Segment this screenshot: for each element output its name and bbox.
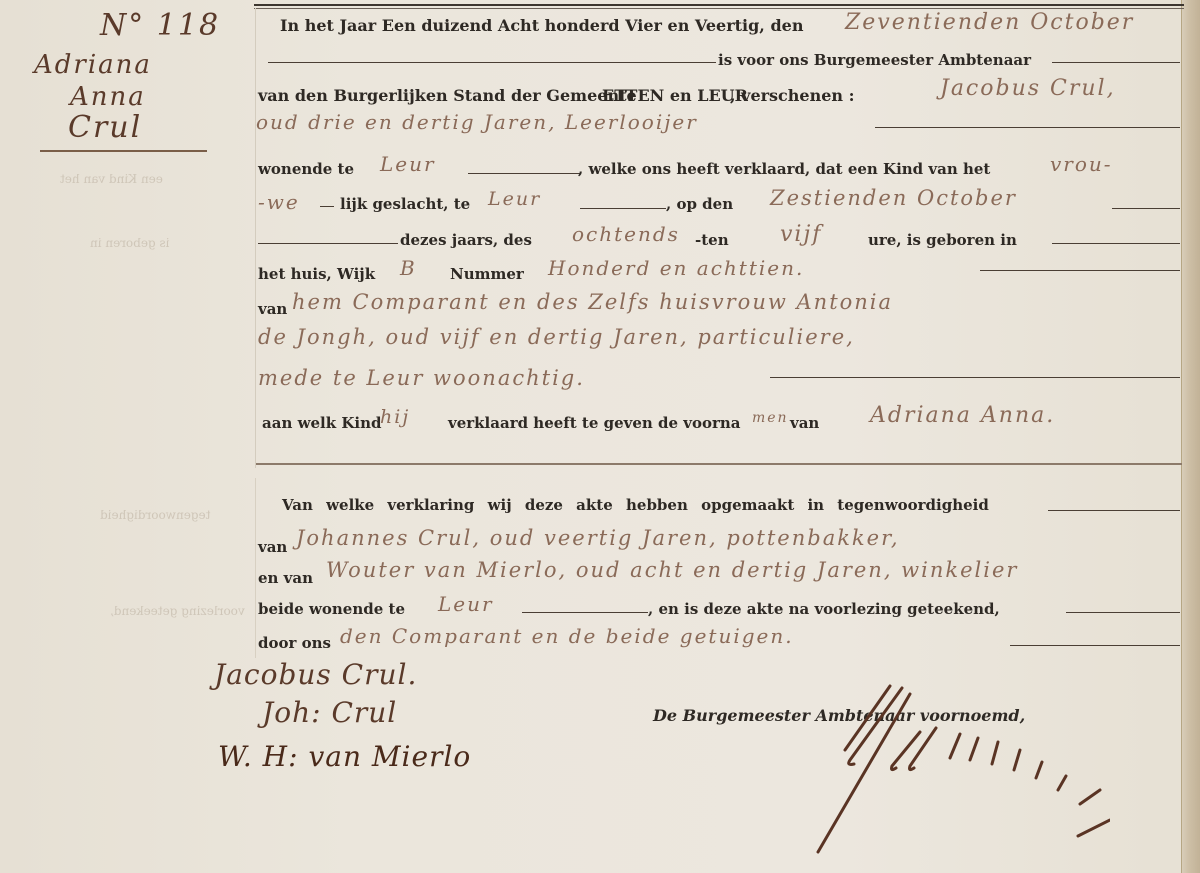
bleed-through-text: tegenwoordigheid bbox=[100, 508, 210, 522]
ward-letter: B bbox=[400, 256, 417, 280]
top-rule bbox=[254, 4, 1184, 6]
municipality: ETTEN en LEUR bbox=[602, 86, 748, 105]
parents-line1: hem Comparant en des Zelfs huisvrouw Ant… bbox=[292, 290, 893, 314]
by-us-text: door ons bbox=[258, 634, 331, 652]
bleed-through-text: voorlezing geteekend, bbox=[110, 604, 245, 618]
record-number: N° 118 bbox=[100, 8, 220, 43]
gender-pronoun: hij bbox=[380, 406, 410, 428]
signature-witness2: W. H: van Mierlo bbox=[218, 740, 471, 773]
fill-line bbox=[1052, 243, 1180, 244]
of-text-2: van bbox=[790, 414, 819, 432]
fill-line bbox=[320, 206, 334, 207]
which-child-text: aan welk Kind bbox=[262, 414, 381, 432]
record-date: Zeventienden October bbox=[845, 10, 1134, 35]
margin-child-firstname: Adriana bbox=[34, 50, 152, 80]
house-number: Honderd en achttien. bbox=[548, 256, 804, 280]
parents-line2: de Jongh, oud vijf en dertig Jaren, part… bbox=[258, 325, 855, 349]
hour-text: -ten bbox=[695, 231, 729, 249]
both-residing-text: beide wonende te bbox=[258, 600, 405, 618]
margin-child-surname: Crul bbox=[68, 110, 142, 145]
birth-place: Leur bbox=[488, 188, 541, 210]
child-given-names: Adriana Anna. bbox=[870, 403, 1055, 428]
this-year-text: dezes jaars, des bbox=[400, 231, 532, 249]
civil-registry-text: van den Burgerlijken Stand der Gemeente bbox=[258, 86, 637, 105]
section-separator bbox=[256, 463, 1182, 465]
fill-line bbox=[1066, 612, 1180, 613]
and-of-text: en van bbox=[258, 569, 313, 587]
child-sex-part1: vrou- bbox=[1050, 152, 1113, 176]
appeared-text: , verschenen : bbox=[730, 86, 855, 105]
sex-text: lijk geslacht, te bbox=[340, 195, 470, 213]
bleed-through-text: is geboren in bbox=[90, 236, 169, 250]
birth-hour: vijf bbox=[780, 222, 822, 247]
margin-rule bbox=[40, 150, 207, 152]
fill-line bbox=[468, 173, 580, 174]
fill-line bbox=[580, 208, 666, 209]
fill-line bbox=[1048, 510, 1180, 511]
bleed-through-text: een Kind van het bbox=[60, 172, 163, 186]
top-rule-thin bbox=[254, 8, 1184, 9]
born-in-text: ure, is geboren in bbox=[868, 231, 1017, 249]
fill-line bbox=[1112, 208, 1180, 209]
fill-line bbox=[522, 612, 648, 613]
record-intro: In het Jaar Een duizend Acht honderd Vie… bbox=[280, 16, 803, 35]
official-signature-mark bbox=[810, 680, 1110, 860]
name-given-text: verklaard heeft te geven de voorna bbox=[448, 414, 741, 432]
of-text: van bbox=[258, 300, 287, 318]
declared-text: , welke ons heeft verklaard, dat een Kin… bbox=[578, 160, 990, 178]
birth-date: Zestienden October bbox=[770, 186, 1017, 210]
margin-child-middlename: Anna bbox=[70, 82, 146, 112]
witnesses-residence: Leur bbox=[438, 592, 494, 616]
fill-line bbox=[258, 243, 398, 244]
fill-line bbox=[770, 377, 1180, 378]
witness1: Johannes Crul, oud veertig Jaren, potten… bbox=[296, 526, 900, 550]
time-of-day: ochtends bbox=[572, 222, 680, 246]
declarant-age-occupation: oud drie en dertig Jaren, Leerlooijer bbox=[256, 110, 698, 134]
declarant-name: Jacobus Crul, bbox=[940, 76, 1116, 101]
plural-suffix: men bbox=[752, 410, 789, 426]
child-sex-part2: -we bbox=[258, 190, 300, 214]
fill-line bbox=[980, 270, 1180, 271]
on-the-text: , op den bbox=[666, 195, 733, 213]
house-ward-text: het huis, Wijk bbox=[258, 265, 375, 283]
parents-line3: mede te Leur woonachtig. bbox=[258, 366, 585, 390]
official-text: is voor ons Burgemeester Ambtenaar bbox=[718, 51, 1031, 69]
register-page: een Kind van het is geboren in tegenwoor… bbox=[0, 0, 1200, 873]
declaration-text: Van welke verklaring wij deze akte hebbe… bbox=[282, 496, 989, 514]
column-divider bbox=[255, 8, 256, 468]
declarant-residence: Leur bbox=[380, 152, 436, 176]
of-text-3: van bbox=[258, 538, 287, 556]
witness2: Wouter van Mierlo, oud acht en dertig Ja… bbox=[326, 558, 1018, 582]
signed-text: , en is deze akte na voorlezing geteeken… bbox=[648, 600, 1000, 618]
signature-declarant: Jacobus Crul. bbox=[214, 658, 417, 691]
fill-line bbox=[875, 127, 1180, 128]
fill-line bbox=[1052, 62, 1180, 63]
fill-line bbox=[268, 62, 716, 63]
signatories: den Comparant en de beide getuigen. bbox=[340, 624, 794, 648]
book-binding-edge bbox=[1181, 0, 1200, 873]
fill-line bbox=[1010, 645, 1180, 646]
number-text: Nummer bbox=[450, 265, 524, 283]
column-divider-lower bbox=[255, 478, 256, 658]
signature-witness1: Joh: Crul bbox=[262, 696, 397, 729]
residing-text: wonende te bbox=[258, 160, 354, 178]
